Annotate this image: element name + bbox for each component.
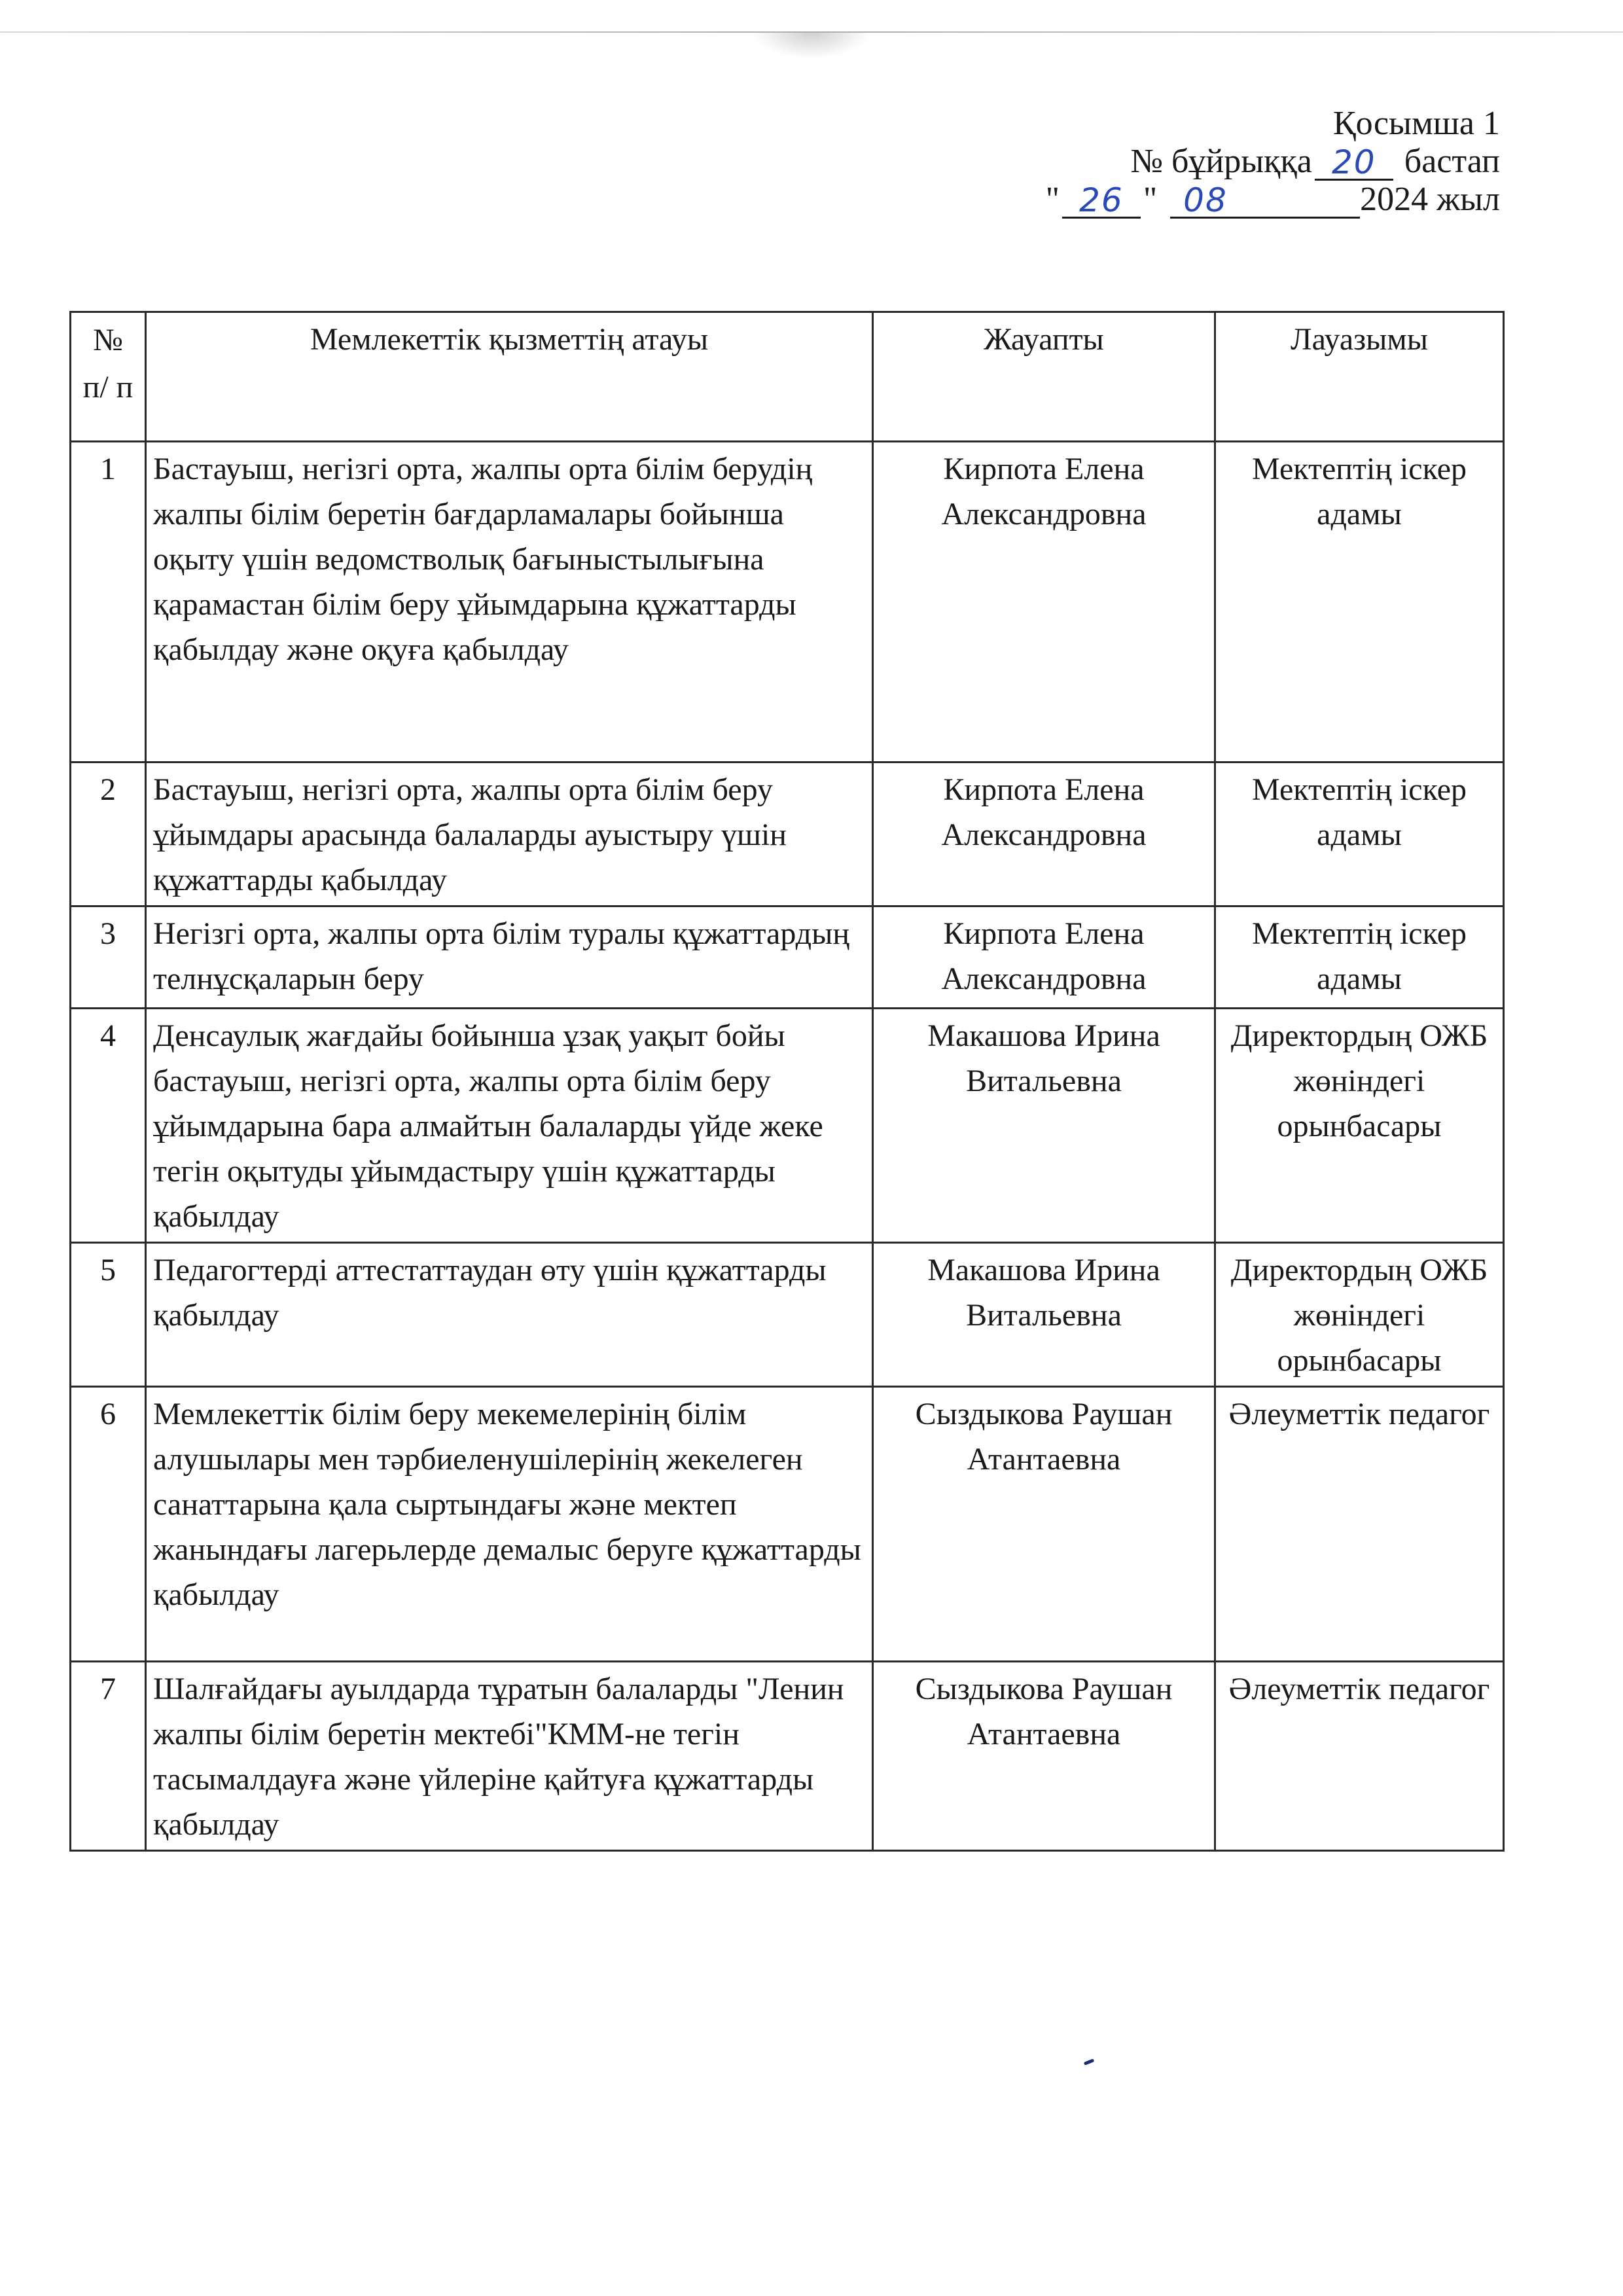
date-month: 08 bbox=[1183, 181, 1228, 219]
row-position: Мектептің іскер адамы bbox=[1215, 442, 1504, 762]
date-day: 26 bbox=[1079, 181, 1124, 219]
row-position: Мектептің іскер адамы bbox=[1215, 906, 1504, 1009]
row-service-name: Бастауыш, негізгі орта, жалпы орта білім… bbox=[146, 442, 873, 762]
row-num: 4 bbox=[71, 1009, 146, 1243]
table-row: 1 Бастауыш, негізгі орта, жалпы орта біл… bbox=[71, 442, 1504, 762]
date-line: "26"082024 жыл bbox=[1046, 181, 1500, 219]
row-position: Директордың ОЖБ жөніндегі орынбасары bbox=[1215, 1009, 1504, 1243]
row-service-name: Негізгі орта, жалпы орта білім туралы құ… bbox=[146, 906, 873, 1009]
header-service-name: Мемлекеттік қызметтің атауы bbox=[146, 312, 873, 442]
row-responsible: Макашова Ирина Витальевна bbox=[873, 1009, 1215, 1243]
row-responsible: Кирпота Елена Александровна bbox=[873, 906, 1215, 1009]
row-num: 3 bbox=[71, 906, 146, 1009]
date-open-quote: " bbox=[1046, 181, 1060, 218]
order-number: 20 bbox=[1332, 143, 1376, 181]
table-row: 5 Педагогтерді аттестаттаудан өту үшін қ… bbox=[71, 1243, 1504, 1387]
row-responsible: Кирпота Елена Александровна bbox=[873, 762, 1215, 906]
row-position: Әлеуметтік педагог bbox=[1215, 1662, 1504, 1851]
row-service-name: Педагогтерді аттестаттаудан өту үшін құж… bbox=[146, 1243, 873, 1387]
order-suffix: бастап bbox=[1404, 143, 1500, 180]
row-service-name: Денсаулық жағдайы бойынша ұзақ уақыт бой… bbox=[146, 1009, 873, 1243]
date-year: 2024 жыл bbox=[1360, 181, 1500, 218]
table-header-row: № п/ п Мемлекеттік қызметтің атауы Жауап… bbox=[71, 312, 1504, 442]
header-responsible: Жауапты bbox=[873, 312, 1215, 442]
row-position: Директордың ОЖБ жөніндегі орынбасары bbox=[1215, 1243, 1504, 1387]
header-num: № п/ п bbox=[71, 312, 146, 442]
annex-title: Қосымша 1 bbox=[1046, 105, 1500, 143]
order-prefix: № бұйрыққа bbox=[1130, 143, 1311, 180]
row-num: 7 bbox=[71, 1662, 146, 1851]
table-row: 7 Шалғайдағы ауылдарда тұратын балаларды… bbox=[71, 1662, 1504, 1851]
row-responsible: Сыздыкова Раушан Атантаевна bbox=[873, 1662, 1215, 1851]
row-responsible: Макашова Ирина Витальевна bbox=[873, 1243, 1215, 1387]
row-num: 5 bbox=[71, 1243, 146, 1387]
annex-header: Қосымша 1 № бұйрыққа20 бастап "26"082024… bbox=[1046, 105, 1500, 219]
scan-smudge bbox=[753, 33, 870, 59]
header-position: Лауазымы bbox=[1215, 312, 1504, 442]
row-num: 1 bbox=[71, 442, 146, 762]
services-table: № п/ п Мемлекеттік қызметтің атауы Жауап… bbox=[69, 311, 1505, 1852]
row-num: 6 bbox=[71, 1387, 146, 1662]
row-position: Мектептің іскер адамы bbox=[1215, 762, 1504, 906]
table-row: 2 Бастауыш, негізгі орта, жалпы орта біл… bbox=[71, 762, 1504, 906]
pen-mark bbox=[1084, 2058, 1095, 2066]
table-row: 6 Мемлекеттік білім беру мекемелерінің б… bbox=[71, 1387, 1504, 1662]
order-number-blank: 20 bbox=[1315, 143, 1393, 181]
row-service-name: Мемлекеттік білім беру мекемелерінің біл… bbox=[146, 1387, 873, 1662]
date-close-quote: " bbox=[1143, 181, 1157, 218]
row-position: Әлеуметтік педагог bbox=[1215, 1387, 1504, 1662]
row-service-name: Шалғайдағы ауылдарда тұратын балаларды "… bbox=[146, 1662, 873, 1851]
row-responsible: Кирпота Елена Александровна bbox=[873, 442, 1215, 762]
row-num: 2 bbox=[71, 762, 146, 906]
row-service-name: Бастауыш, негізгі орта, жалпы орта білім… bbox=[146, 762, 873, 906]
table-row: 4 Денсаулық жағдайы бойынша ұзақ уақыт б… bbox=[71, 1009, 1504, 1243]
date-month-blank: 08 bbox=[1170, 181, 1360, 219]
date-day-blank: 26 bbox=[1062, 181, 1141, 219]
row-responsible: Сыздыкова Раушан Атантаевна bbox=[873, 1387, 1215, 1662]
table-row: 3 Негізгі орта, жалпы орта білім туралы … bbox=[71, 906, 1504, 1009]
order-line: № бұйрыққа20 бастап bbox=[1046, 143, 1500, 181]
